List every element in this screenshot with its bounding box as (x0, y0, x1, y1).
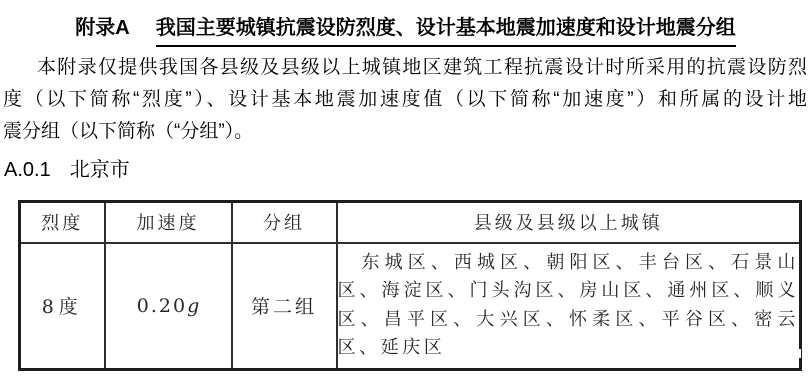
acceleration-value: 0.20 (137, 295, 187, 317)
seismic-table-region: 烈度 加速度 分组 县级及县级以上城镇 8度 0.20g 第二组 东城区、西城区… (18, 200, 802, 371)
intro-line-1: 本附录仅提供我国各县级及县级以上城镇地区建筑工程抗震设计时所采用的抗震设防烈 (3, 52, 807, 84)
cell-intensity: 8度 (20, 243, 105, 370)
document-page: 附录A我国主要城镇抗震设防烈度、设计基本地震加速度和设计地震分组 本附录仅提供我… (0, 0, 811, 377)
cursor-artifact (792, 349, 801, 358)
appendix-title-prefix: 附录A (75, 17, 129, 39)
col-header-towns: 县级及县级以上城镇 (337, 202, 801, 243)
table-row: 8度 0.20g 第二组 东城区、西城区、朝阳区、丰台区、石景山区、海淀区、门头… (20, 243, 801, 370)
intro-line-2: 度（以下简称“烈度”）、设计基本地震加速度值（以下简称“加速度”）和所属的设计地 (3, 84, 807, 116)
cell-towns: 东城区、西城区、朝阳区、丰台区、石景山区、海淀区、门头沟区、房山区、通州区、顺义… (337, 243, 801, 370)
col-header-acceleration: 加速度 (105, 202, 232, 243)
intro-paragraph: 本附录仅提供我国各县级及县级以上城镇地区建筑工程抗震设计时所采用的抗震设防烈 度… (3, 52, 807, 148)
appendix-title-main: 我国主要城镇抗震设防烈度、设计基本地震加速度和设计地震分组 (156, 13, 736, 47)
intro-line-3: 震分组（以下简称（“分组”）。 (3, 116, 807, 148)
seismic-table: 烈度 加速度 分组 县级及县级以上城镇 8度 0.20g 第二组 东城区、西城区… (18, 200, 802, 371)
cell-acceleration: 0.20g (105, 243, 232, 370)
table-header-row: 烈度 加速度 分组 县级及县级以上城镇 (20, 202, 801, 243)
section-heading: A.0.1北京市 (4, 156, 130, 184)
cell-group: 第二组 (232, 243, 337, 370)
section-number: A.0.1 (4, 159, 51, 181)
section-name: 北京市 (70, 159, 130, 181)
appendix-title: 附录A我国主要城镇抗震设防烈度、设计基本地震加速度和设计地震分组 (0, 13, 811, 47)
col-header-group: 分组 (232, 202, 337, 243)
acceleration-unit: g (187, 295, 199, 317)
col-header-intensity: 烈度 (20, 202, 105, 243)
